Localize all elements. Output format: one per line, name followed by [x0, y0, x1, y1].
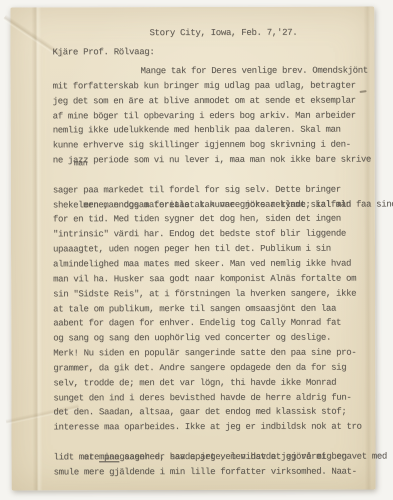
letter-line: man vil ha. Husker saa godt naar komponi…	[53, 271, 369, 287]
letter-line: shekelerne, endog materialet kan vare no…	[53, 197, 369, 213]
letter-line: for en tid. Med tiden sygner det dog hen…	[53, 212, 369, 228]
letter-line: det den. Saadan, altsaa, gaar det endog …	[53, 405, 369, 421]
letter-line: sin "Sidste Reis", at i förstningen la h…	[53, 286, 369, 302]
letter-line: jeg det som en äre at blive anmodet om a…	[53, 93, 369, 109]
letter-line: sunget den ind i deres bevisthed havde d…	[53, 390, 369, 406]
letter-line: upaaagtet, uden nogen peger hen til det.…	[53, 242, 369, 258]
paper-crease-left	[31, 7, 42, 490]
letter-line: grammer, da gik det. Andre sangere opdag…	[53, 360, 369, 376]
letter-line: kunne erhverve sig skillinger igjennem b…	[53, 138, 369, 154]
letter-line: og sang og sang den uophörlig ved concer…	[53, 331, 369, 347]
letter-line: almindelighed maa mates med skeer. Man v…	[53, 257, 369, 273]
letter-line: aabent for dagen for enhver. Endelig tog…	[53, 316, 369, 332]
typed-insertion-above-line: man	[74, 161, 88, 169]
letter-line: "intrinsic" värdi har. Endog det bedste …	[53, 227, 369, 243]
letter-page: Story City, Iowa, Feb. 7,'27. Kjäre Prof…	[10, 7, 375, 491]
salutation: Kjäre Prof. Rölvaag:	[52, 47, 154, 57]
dateline: Story City, Iowa, Feb. 7,'27.	[149, 28, 297, 38]
letter-line: nemlig ikke udelukkende med henblik paa …	[53, 123, 369, 139]
letter-body: Mange tak for Deres venlige brev. Omends…	[53, 64, 370, 480]
letter-line: lidt mere paagaaenhed, havde jeg vel vid…	[54, 449, 370, 465]
letter-line: interesse maa oparbeides. Ikke at jeg er…	[53, 420, 369, 436]
letter-line: mit forfatterskab kun bringer mig udlag …	[53, 78, 369, 94]
letter-line: sager paa markedet til fordel for sig se…	[53, 182, 369, 198]
letter-line: man men man ogsaa foretaa at kunne gjöre…	[53, 167, 369, 183]
letter-line: ne jazz periode som vi nu lever i, maa m…	[53, 153, 369, 169]
letter-line: smule mere gjäldende i min lille forfatt…	[54, 464, 370, 480]
letter-line: af mine böger til opbevaring i eders bog…	[53, 108, 369, 124]
letter-line: at tale om publikum, merke til sangen om…	[53, 301, 369, 317]
letter-line: selv, trodde de; men det var lögn, thi h…	[53, 375, 369, 391]
letter-line-with-emphasis: at mine sager er saa aparte, men havde j…	[53, 435, 369, 451]
letter-line: Mange tak for Deres venlige brev. Omends…	[53, 64, 369, 80]
letter-line: Merk! Nu siden en populär sangerinde sat…	[53, 346, 369, 362]
